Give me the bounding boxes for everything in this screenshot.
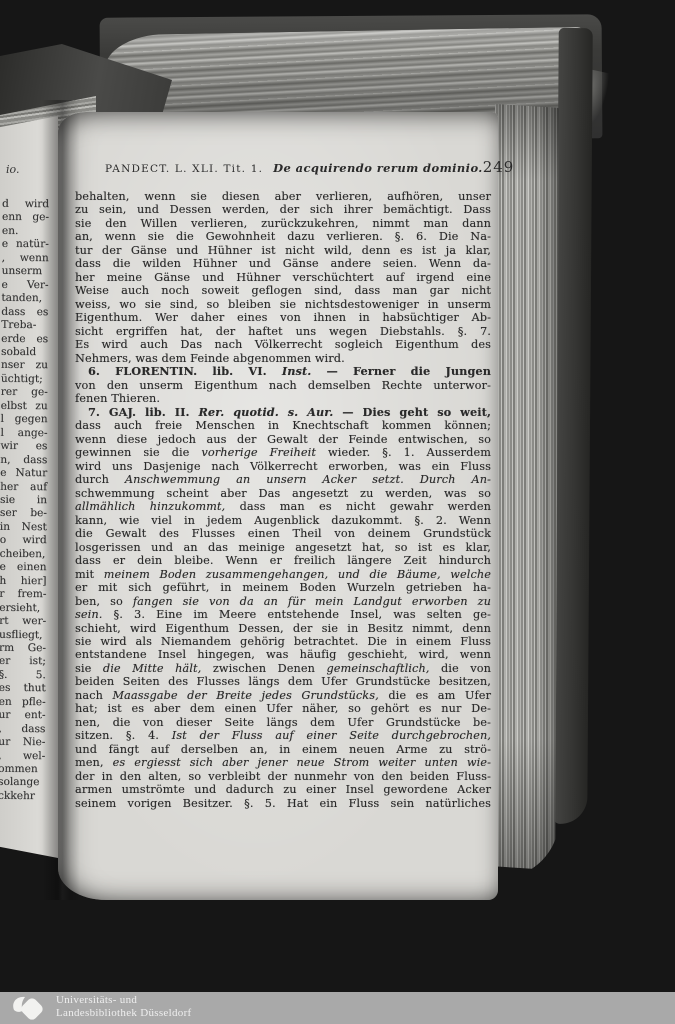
text-line: n, dass bbox=[0, 453, 47, 467]
text-line: sie den Willen verlieren, zurückzukehren… bbox=[75, 217, 491, 230]
text-line: zu sein, und Dessen werden, der sich ihr… bbox=[75, 203, 491, 216]
text-line: Es wird auch Das nach Völkerrecht soglei… bbox=[75, 338, 491, 351]
text-line: üchtigt; bbox=[1, 373, 48, 387]
text-line: durch Anschwemmung an unsern Acker setzt… bbox=[75, 473, 491, 486]
body-text: behalten, wenn sie diesen aber verlieren… bbox=[75, 190, 491, 810]
page-header: PANDECT. L. XLI. Tit. 1. De acquirendo r… bbox=[75, 158, 491, 176]
text-line: solange bbox=[0, 776, 45, 790]
text-line: allmählich hinzukommt, dass man es nicht… bbox=[75, 500, 491, 513]
text-line: sie in bbox=[0, 494, 47, 508]
text-line: ur ent- bbox=[0, 709, 46, 723]
text-line: h hier] bbox=[0, 575, 46, 589]
text-line: nach Maassgabe der Breite jedes Grundstü… bbox=[75, 689, 491, 702]
text-line: rt wer- bbox=[0, 615, 46, 629]
text-line: sein. §. 3. Eine im Meere entstehende In… bbox=[75, 608, 491, 621]
text-line: ommen bbox=[0, 763, 45, 777]
text-line: losgerissen und an das meinige angesetzt… bbox=[75, 541, 491, 554]
text-line: und fängt auf derselben an, in einem neu… bbox=[75, 743, 491, 756]
text-line: seinem vorigen Besitzer. §. 5. Hat ein F… bbox=[75, 797, 491, 810]
text-line: o wird bbox=[0, 534, 47, 548]
text-line: nen, die von dieser Seite längs dem Ufer… bbox=[75, 716, 491, 729]
text-line: weiss, wo sie sind, so bleiben sie nicht… bbox=[75, 298, 491, 311]
text-line: gewinnen sie die vorherige Freiheit wied… bbox=[75, 446, 491, 459]
scanned-book-page: io. d wirdenn ge-en.e natür-, wennunserm… bbox=[0, 0, 675, 1024]
text-line: wir es bbox=[0, 440, 47, 454]
text-line: unserm bbox=[2, 265, 49, 279]
left-page-text-fragments: d wirdenn ge-en.e natür-, wennunserme Ve… bbox=[0, 198, 53, 804]
text-line: d wird bbox=[2, 198, 49, 212]
text-line: e Natur bbox=[0, 467, 47, 481]
banner-text: Universitäts- und Landesbibliothek Düsse… bbox=[56, 994, 192, 1020]
text-line: der in den alten, so verbleibt der nunme… bbox=[75, 770, 491, 783]
text-line: §. 5. bbox=[0, 669, 46, 683]
text-line: ben, so fangen sie von da an für mein La… bbox=[75, 595, 491, 608]
text-line: dass die wilden Hühner und Gänse andere … bbox=[75, 257, 491, 270]
text-line: , dass bbox=[0, 722, 45, 736]
text-line: armen umströmte und dadurch zu einer Ins… bbox=[75, 783, 491, 796]
text-line: dass es bbox=[1, 305, 48, 319]
text-line: sicht ergriffen hat, der haftet uns wege… bbox=[75, 325, 491, 338]
text-line: sie wird als Niemandem gehörig betrachte… bbox=[75, 635, 491, 648]
text-line: her meine Gänse und Hühner verschüchtert… bbox=[75, 271, 491, 284]
text-line: Nehmers, was dem Feinde abgenommen wird. bbox=[75, 352, 491, 365]
text-line: die Gewalt des Flusses einen Theil von d… bbox=[75, 527, 491, 540]
right-page: PANDECT. L. XLI. Tit. 1. De acquirendo r… bbox=[58, 112, 498, 900]
header-title: De acquirendo rerum dominio. bbox=[273, 161, 483, 175]
page-number: 249 bbox=[483, 158, 515, 176]
ulb-duesseldorf-logo-icon bbox=[8, 993, 50, 1024]
text-line: rm Ge- bbox=[0, 642, 46, 656]
text-line: kann, wie viel in jedem Augenblick dazuk… bbox=[75, 514, 491, 527]
text-line: e natür- bbox=[2, 238, 49, 252]
text-line: tanden, bbox=[1, 292, 48, 306]
text-line: Treba- bbox=[1, 319, 48, 333]
text-line: es thut bbox=[0, 682, 46, 696]
text-line: rer ge- bbox=[1, 386, 48, 400]
text-line: dass auch freie Menschen in Knechtschaft… bbox=[75, 419, 491, 432]
text-line: tur der Gänse und Hühner ist nicht wild,… bbox=[75, 244, 491, 257]
text-line: nser zu bbox=[1, 359, 48, 373]
text-line: schwemmung scheint aber Das angesetzt zu… bbox=[75, 487, 491, 500]
text-line: ersieht, bbox=[0, 601, 46, 615]
text-line: sitzen. §. 4. Ist der Fluss auf einer Se… bbox=[75, 729, 491, 742]
text-line: erde es bbox=[1, 332, 48, 346]
text-line: sie die Mitte hält, zwischen Denen gemei… bbox=[75, 662, 491, 675]
text-line: 7. GAJ. lib. II. Rer. quotid. s. Aur. — … bbox=[75, 406, 491, 419]
text-line: men, es ergiesst sich aber jener neue St… bbox=[75, 756, 491, 769]
text-line: er ist; bbox=[0, 655, 46, 669]
library-banner: Universitäts- und Landesbibliothek Düsse… bbox=[0, 992, 675, 1024]
text-line: elbst zu bbox=[1, 400, 48, 414]
text-line: e Ver- bbox=[1, 279, 48, 293]
text-line: , wel- bbox=[0, 749, 45, 763]
text-line: 6. FLORENTIN. lib. VI. Inst. — Ferner di… bbox=[75, 365, 491, 378]
text-line: r frem- bbox=[0, 588, 46, 602]
text-line: ser be- bbox=[0, 507, 47, 521]
page-stack-fore-edge bbox=[495, 104, 559, 878]
text-line: usfliegt, bbox=[0, 628, 46, 642]
text-line: enn ge- bbox=[2, 211, 49, 225]
text-line: beiden Seiten des Flusses längs dem Ufer… bbox=[75, 675, 491, 688]
text-line: dass er dein bleibe. Wenn er freilich lä… bbox=[75, 554, 491, 567]
text-line: entstandene Insel hingegen, was häufig g… bbox=[75, 648, 491, 661]
text-line: en pfle- bbox=[0, 696, 46, 710]
text-line: cheiben, bbox=[0, 548, 47, 562]
text-line: in Nest bbox=[0, 521, 47, 535]
text-line: wird uns Dasjenige nach Völkerrecht erwo… bbox=[75, 460, 491, 473]
text-line: en. bbox=[2, 225, 49, 239]
text-line: mit meinem Boden zusammengehangen, und d… bbox=[75, 568, 491, 581]
text-line: Weise auch noch soweit geflogen sind, da… bbox=[75, 284, 491, 297]
book-cover-right-edge bbox=[553, 28, 593, 824]
header-series: PANDECT. L. XLI. Tit. 1. bbox=[75, 163, 263, 175]
text-line: , wenn bbox=[2, 252, 49, 266]
banner-line2: Landesbibliothek Düsseldorf bbox=[56, 1007, 192, 1020]
text-line: er mit sich geführt, in meinem Boden Wur… bbox=[75, 581, 491, 594]
text-line: behalten, wenn sie diesen aber verlieren… bbox=[75, 190, 491, 203]
text-line: e einen bbox=[0, 561, 47, 575]
left-page-header-fragment: io. bbox=[0, 163, 36, 176]
banner-line1: Universitäts- und bbox=[56, 994, 192, 1007]
text-line: Eigenthum. Wer daher eines von ihnen in … bbox=[75, 311, 491, 324]
text-line: fenen Thieren. bbox=[75, 392, 491, 405]
text-line: wenn diese jedoch aus der Gewalt der Fei… bbox=[75, 433, 491, 446]
text-line: ur Nie- bbox=[0, 736, 45, 750]
text-line: l ange- bbox=[0, 427, 47, 441]
text-line: hat; ist es aber dem einen Ufer näher, s… bbox=[75, 702, 491, 715]
text-line: sobald bbox=[1, 346, 48, 360]
text-line: von den unserm Eigenthum nach demselben … bbox=[75, 379, 491, 392]
text-line: schieht, wird Eigenthum Dessen, der sie … bbox=[75, 622, 491, 635]
text-line: ckkehr bbox=[0, 790, 45, 804]
text-line: her auf bbox=[0, 480, 47, 494]
text-line: an, wenn sie die Gewohnheit dazu verlier… bbox=[75, 230, 491, 243]
text-line: l gegen bbox=[1, 413, 48, 427]
